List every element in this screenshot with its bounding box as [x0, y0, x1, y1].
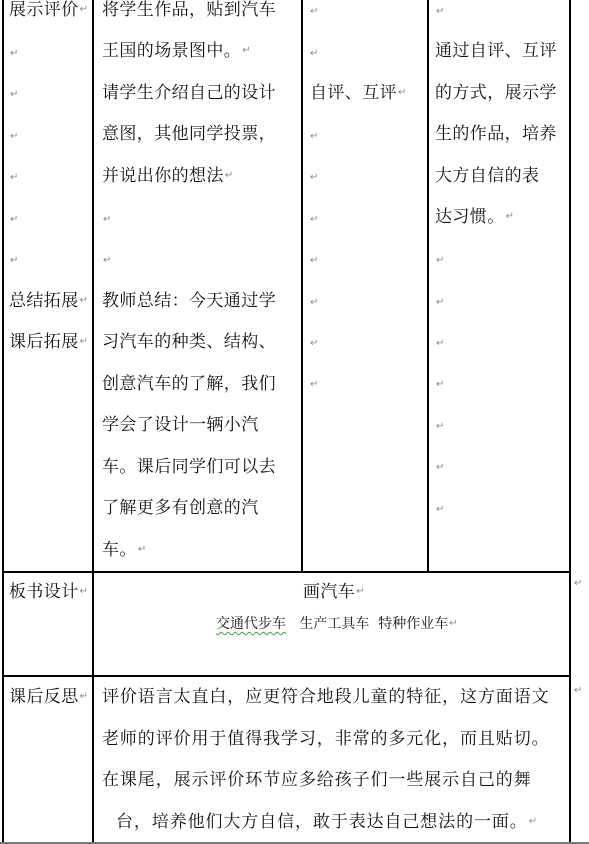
table-border-right: [569, 0, 571, 843]
reflection-label: 课后反思↵: [9, 687, 88, 707]
method-text: 自评、互评↵: [310, 83, 407, 103]
board-item-production-car: 生产工具车: [299, 616, 369, 632]
paragraph-mark-icon: ↵: [10, 48, 18, 60]
paragraph-mark-icon: ↵: [436, 255, 444, 267]
activity-line: 学会了设计一辆小汽: [102, 415, 259, 435]
paragraph-mark-icon: ↵: [103, 214, 111, 226]
reflection-line: 评价语言太直白，应更符合地段儿童的特征，这方面语文: [102, 687, 550, 707]
paragraph-mark-icon: ↵: [10, 255, 18, 267]
column-divider-1: [92, 0, 94, 843]
paragraph-mark-icon: ↵: [310, 338, 318, 350]
activity-line: 并说出你的想法↵: [102, 166, 234, 186]
activity-line: 车。课后同学们可以去: [102, 457, 276, 477]
paragraph-mark-icon: ↵: [310, 255, 318, 267]
paragraph-mark-icon: ↵: [310, 6, 318, 18]
stage-label-display-evaluation: 展示评价↵: [9, 0, 88, 20]
paragraph-mark-icon: ↵: [436, 338, 444, 350]
paragraph-mark-icon: ↵: [10, 89, 18, 101]
paragraph-mark-icon: ↵: [436, 297, 444, 309]
paragraph-mark-icon: ↵: [10, 214, 18, 226]
activity-line: 意图，其他同学投票，: [102, 124, 276, 144]
paragraph-mark-icon: ↵: [436, 504, 444, 516]
activity-line: 了解更多有创意的汽: [102, 498, 259, 518]
board-design-title: 画汽车↵: [303, 582, 365, 602]
paragraph-mark-icon: ↵: [310, 131, 318, 143]
paragraph-mark-icon: ↵: [310, 48, 318, 60]
reflection-line: 台，培养他们大方自信，敢于表达自己想法的一面。↵: [116, 812, 538, 832]
activity-line: 教师总结：今天通过学: [102, 291, 276, 311]
paragraph-mark-icon: ↵: [310, 297, 318, 309]
activity-line: 车。↵: [102, 540, 147, 560]
activity-line: 将学生作品，贴到汽车: [102, 0, 276, 20]
table-border-left: [2, 0, 4, 843]
paragraph-mark-icon: ↵: [310, 172, 318, 184]
intent-line: 生的作品，培养: [435, 124, 557, 144]
row-divider-reflection: [2, 675, 571, 677]
reflection-line: 老师的评价用于值得我学习，非常的多元化，而且贴切。: [102, 729, 550, 749]
intent-line: 的方式，展示学: [435, 83, 557, 103]
activity-line: 请学生介绍自己的设计: [102, 83, 276, 103]
board-item-transport-car: 交通代步车: [216, 616, 286, 632]
paragraph-mark-icon: ↵: [10, 131, 18, 143]
paragraph-mark-icon: ↵: [310, 214, 318, 226]
paragraph-mark-icon: ↵: [310, 379, 318, 391]
paragraph-mark-icon: ↵: [436, 6, 444, 18]
stage-label-summary-extension: 总结拓展↵: [9, 291, 88, 311]
paragraph-mark-icon: ↵: [10, 172, 18, 184]
paragraph-mark-icon: ↵: [103, 255, 111, 267]
activity-line: 习汽车的种类、结构、: [102, 332, 276, 352]
paragraph-mark-icon: ↵: [436, 421, 444, 433]
intent-line: 大方自信的表: [435, 166, 539, 186]
row-divider-board: [2, 571, 571, 573]
lesson-plan-table: 展示评价↵ ↵ ↵ ↵ ↵ ↵ ↵ 总结拓展↵ 课后拓展↵ 将学生作品，贴到汽车…: [0, 0, 589, 844]
paragraph-mark-icon: ↵: [436, 462, 444, 474]
board-design-label: 板书设计↵: [9, 582, 88, 602]
activity-line: 王国的场景图中。↵: [102, 41, 251, 61]
reflection-line: 在课尾，展示评价环节应多给孩子们一些展示自己的舞: [102, 770, 532, 790]
paragraph-mark-icon: ↵: [436, 379, 444, 391]
activity-line: 创意汽车的了解，我们: [102, 374, 276, 394]
board-item-special-car: 特种作业车: [378, 616, 448, 632]
intent-line: 通过自评、互评: [435, 41, 557, 61]
column-divider-2: [301, 0, 303, 572]
row-end-mark-icon: ↵: [574, 685, 582, 697]
board-design-items: 交通代步车 生产工具车 特种作业车↵: [216, 614, 458, 634]
intent-line: 达习惯。↵: [435, 207, 514, 227]
column-divider-3: [427, 0, 429, 572]
stage-label-after-class-extension: 课后拓展↵: [9, 332, 88, 352]
row-end-mark-icon: ↵: [574, 578, 582, 590]
